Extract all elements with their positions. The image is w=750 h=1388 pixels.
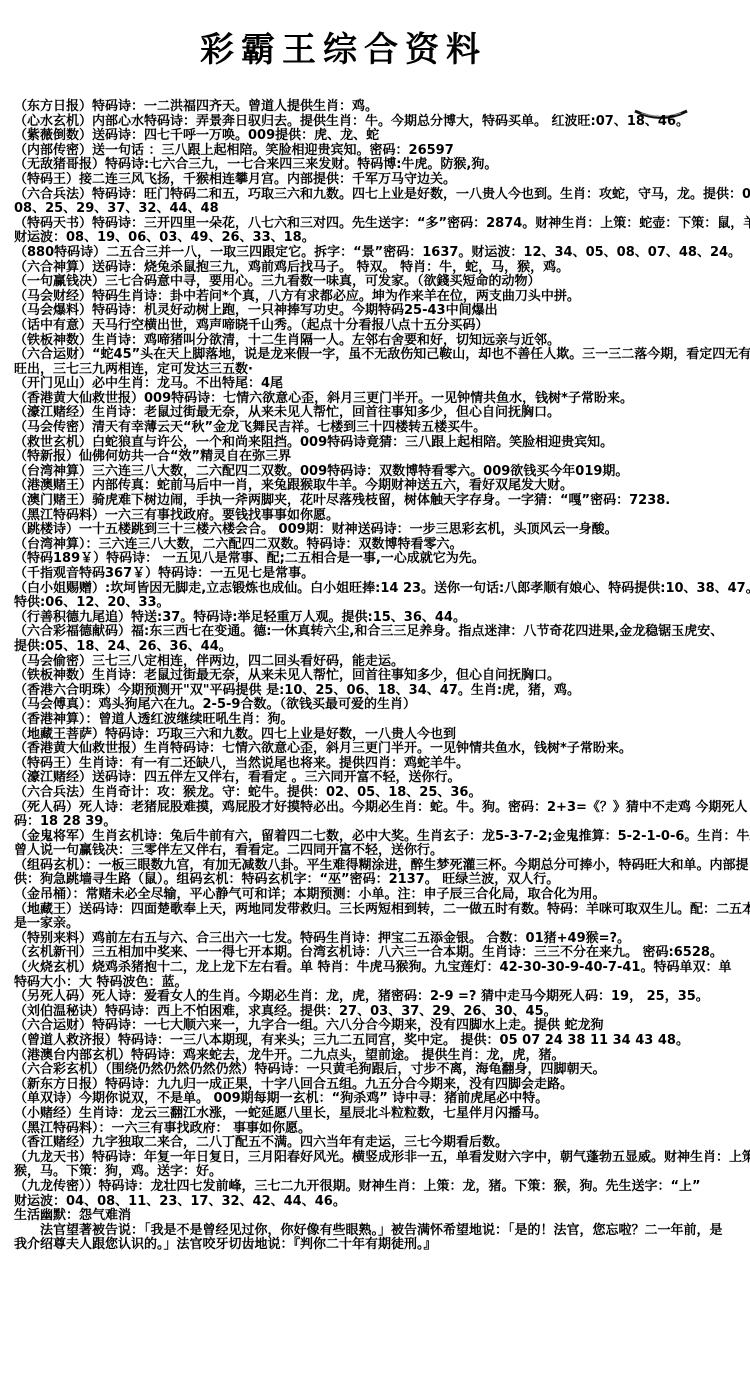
entry-source: （香江赌经） [14, 1135, 92, 1150]
entry: （死人码）死人诗：老猪屁股难摸，鸡屁股才好摸特必出。今期必生肖：蛇。牛。狗。密码… [14, 801, 750, 830]
entry-line: （小赌经）生肖诗：龙云三翻江水涨，一蛇延愿八里长，星辰北斗粒粒数，七星伴月闪播马… [14, 1107, 750, 1122]
entry: （香港黄大仙救世报）生肖特码诗：七情六欲意心歪，斜月三更门半开。一见钟情共鱼水，… [14, 742, 750, 757]
entry-text: （围绕仍然仍然仍然仍然）特码诗：一只黄毛狗跟后，寸步不离，海龟翻身，四脚朝天。 [105, 1062, 606, 1077]
entry-line: （香港黄大仙救世报）生肖特码诗：七情六欲意心歪，斜月三更门半开。一见钟情共鱼水，… [14, 742, 750, 757]
entry: （马会偷密）三七三八定相连，伴两边，四二回头看好码，能走运。 [14, 655, 750, 670]
entry-source: （特码天书） [14, 216, 92, 231]
entry-text: 特码诗：鸡来蛇去，龙牛开。二九点头，望前途。 提供生肖：龙，虎，猪。 [131, 1048, 565, 1063]
entry-source: （跳楼诗） [14, 522, 79, 537]
entry-line: （地藏王菩萨）特码诗：巧取三六和九数。四七上业是好数，一八贵人今也到 [14, 728, 750, 743]
entry: （六合运财）特码诗：一七大顺六来一，九字合一组。六八分合今期来，没有四脚水上走。… [14, 1019, 750, 1034]
entry: （另死人码）死人诗：爱看女人的生肖。今期必生肖：龙，虎，猪密码：2-9 =? 猜… [14, 990, 750, 1005]
entry-text: 清天有幸薄云天“秋”金龙飞舞民吉祥。七楼到三十四楼转五楼买牛。 [92, 420, 486, 435]
entry-source: （另死人码） [14, 989, 92, 1004]
entry-source: （地藏王） [14, 902, 79, 917]
entry-line: （六合运财）特码诗：一七大顺六来一，九字合一组。六八分合今期来，没有四脚水上走。… [14, 1019, 750, 1034]
entry-source: （曾道人救济报） [14, 1033, 118, 1048]
entry-line: （香江赌经）九字独取二来合，二八丁配五不满。四六当年有走运，三七今期看后数。 [14, 1136, 750, 1151]
entry: （六合兵法）生肖奇计：攻：猴龙。守：蛇牛。提供：02、05、18、25、36。 [14, 786, 750, 801]
entry-source: （特码王） [14, 756, 79, 771]
entry-text: 一十五楼跳到三十三楼六楼会合。 009期：财神送码诗：一步三思彩玄机，头顶风云一… [79, 522, 618, 537]
entry-source: （东方日报） [14, 99, 92, 114]
entry-line: （澳门赌王）骑虎难下树边闹，手执一斧两脚夹，花叶尽落残枝留，树体触天字存身。一字… [14, 494, 750, 509]
entry-source: （六合运财） [14, 1018, 92, 1033]
entry-line: （特码王）接二连三风飞扬，千猴相连攀月宫。内部提供：千军万马守边关。 [14, 173, 750, 188]
entry-line-continued: 供：狗急跳墙寻生路（鼠）。组码玄机：特码玄机字：“巫”密码：2137。 旺绿兰波… [14, 873, 750, 888]
entry: （心水玄机）内部心水特码诗：弄景奔日驭归去。提供生肖：牛。今期总分博大，特码买单… [14, 115, 750, 130]
entry-line: （火烧玄机）烧鸡杀猪抱十二，龙上龙下左右看。单 特肖：牛虎马猴狗。九宝莲灯：42… [14, 961, 750, 976]
entry-source: （一句赢钱决） [14, 274, 105, 289]
entry-text: 内部传真：蛇前马后中一肖，来兔跟猴取牛羊。今期财神送五六，看好双尾发大财。 [92, 478, 573, 493]
entry-text: 烧鸡杀猪抱十二，龙上龙下左右看。单 特肖：牛虎马猴狗。九宝莲灯：42-30-30… [92, 960, 731, 975]
entry-source: （濠江赌经） [14, 405, 92, 420]
entry-line: （九龙传密））特码诗：龙壮四七发前峰，三七二九开很期。财神生肖：上策：龙，猪。下… [14, 1180, 750, 1195]
entry-line: （特码189￥）特码诗： 一五见八是常事、配;二五相合是一事,一心成就它为先。 [14, 552, 750, 567]
entry-text: 天马行空横出世，鸡声啼晓千山秀。（起点十分看报八点十五分买码） [92, 318, 489, 333]
entry-source: （880特码诗） [14, 245, 106, 260]
entry-text: 二五合三并一八，一取三四跟定它。拆字：“景”密码：1637。财运波：12、34、… [106, 245, 741, 260]
entry: （千指观音特码367￥）特码诗：一五见七是常事。 [14, 567, 750, 582]
entry-line: （单双诗）今期你说双，不是单。 009期每期一玄机：“狗杀鸡” 诗中寻：猪前虎尾… [14, 1092, 750, 1107]
entry-text: 死人诗：老猪屁股难摸，鸡屁股才好摸特必出。今期必生肖：蛇。牛。狗。密码：2+3=… [79, 800, 747, 815]
entry-line: （港澳赌王）内部传真：蛇前马后中一肖，来兔跟猴取牛羊。今期财神送五六，看好双尾发… [14, 479, 750, 494]
entry-source: （话中有意） [14, 318, 92, 333]
entry-source: （火烧玄机） [14, 960, 92, 975]
entry-line-continued: 猴，马。下策：狗，鸡。送字：好。 [14, 1165, 750, 1180]
entry-text: 特码诗：巧取三六和九数。四七上业是好数，一八贵人今也到 [105, 727, 456, 742]
entry-line: （千指观音特码367￥）特码诗：一五见七是常事。 [14, 567, 750, 582]
entry-line-continued: 码：18 28 39。 [14, 815, 750, 830]
entry-source: （马会传密） [14, 420, 92, 435]
entry-text: ：鸡头狗尾六在九。2-5-9合数。（欲钱买最可爱的生肖） [86, 697, 416, 712]
entry-line: （六合运财）“蛇45”头在天上脚落地，说是龙来假一字，虽不无敌伤知己鞍山，却也不… [14, 348, 750, 363]
entry: （六合彩福德献码）福:东三西七在变通。德:一休真转六尘,和合三三足养身。指点迷津… [14, 625, 750, 654]
entry: （濠江赌经）生肖诗：老鼠过街最无奈，从来未见人帮忙，回首往事知多少，但心自问抚胸… [14, 406, 750, 421]
entry: （马会传密）清天有幸薄云天“秋”金龙飞舞民吉祥。七楼到三十四楼转五楼买牛。 [14, 421, 750, 436]
entry-text: 送码诗：四面楚歌奉上天，两地同发带救归。三长两短相到转，二一做五时有数。特码：羊… [79, 902, 750, 917]
entry-text: “蛇45”头在天上脚落地，说是龙来假一字，虽不无敌伤知己鞍山，却也不善任人欺。三… [92, 347, 750, 362]
entry-line: （马会爆料）特码诗：机灵好动树上跑，一只神捧写功史。今期特码25-43中间爆出 [14, 304, 750, 319]
entry-line: （六合彩福德献码）福:东三西七在变通。德:一休真转六尘,和合三三足养身。指点迷津… [14, 625, 750, 640]
entry-line: （跳楼诗）一十五楼跳到三十三楼六楼会合。 009期：财神送码诗：一步三思彩玄机，… [14, 523, 750, 538]
entry-source: （黑江特码料） [14, 508, 105, 523]
entry-line: （心水玄机）内部心水特码诗：弄景奔日驭归去。提供生肖：牛。今期总分博大，特码买单… [14, 115, 750, 130]
entry-line: （马会傅真）：鸡头狗尾六在九。2-5-9合数。（欲钱买最可爱的生肖） [14, 698, 750, 713]
entry-source: （金吊桶） [14, 887, 73, 902]
entry-source: （六合神算） [14, 260, 92, 275]
entry-source: （铁板神数） [14, 333, 92, 348]
entry-source: （紫薇倒数） [14, 128, 92, 143]
entry-line: （一句赢钱决）三七合码意中寻，要用心。三九看数一味真，可发家。（欲錢买短命的动物… [14, 275, 750, 290]
entry: （马会傅真）：鸡头狗尾六在九。2-5-9合数。（欲钱买最可爱的生肖） [14, 698, 750, 713]
entry-line: （濠江赌经）生肖诗：老鼠过街最无奈，从来未见人帮忙，回首往事知多少，但心自问抚胸… [14, 406, 750, 421]
entry-text: 送一句话 ：三八跟上起相陪。笑脸相迎贵宾知。密码：26597 [92, 143, 454, 158]
entry: （地藏王菩萨）特码诗：巧取三六和九数。四七上业是好数，一八贵人今也到 [14, 728, 750, 743]
entry-line: （无敌猪哥报）特码诗:七六合三九，一七合来四三来发财。特码博:牛虎。防猴,狗。 [14, 158, 750, 173]
entry-source: （马会爆料） [14, 303, 92, 318]
entry-source: （组码玄机） [14, 858, 86, 873]
entry: （跳楼诗）一十五楼跳到三十三楼六楼会合。 009期：财神送码诗：一步三思彩玄机，… [14, 523, 750, 538]
entry-text: 内部心水特码诗：弄景奔日驭归去。提供生肖：牛。今期总分博大，特码买单。 红波旺:… [92, 114, 689, 129]
entry: （澳门赌王）骑虎难下树边闹，手执一斧两脚夹，花叶尽落残枝留，树体触天字存身。一字… [14, 494, 750, 509]
entry-source: （救世玄机） [14, 435, 92, 450]
entry-text: 鸡前左右五与六、合三出六一七发。特码生肖诗：押宝二五添金银。 合数：01猪+49… [92, 931, 630, 946]
entry: （金鬼将军）生肖玄机诗：兔后牛前有六，留着四二七数，必中大奖。生肖玄子：龙5-3… [14, 830, 750, 859]
entry-source: （黑江特码料） [14, 1121, 99, 1136]
entry-text: 特码诗：一二洪福四齐天。曾道人提供生肖：鸡。 [92, 99, 378, 114]
entry-line: （曾道人救济报）特码诗：一三八本期现，有来头；三九二五同宫，奖中定。 提供：05… [14, 1034, 750, 1049]
entry: （六合运财）“蛇45”头在天上脚落地，说是龙来假一字，虽不无敌伤知己鞍山，却也不… [14, 348, 750, 377]
entry-source: （港澳台内部玄机） [14, 1048, 131, 1063]
entry-source: （马会财经） [14, 289, 92, 304]
document-title: 彩霸王综合资料 [200, 22, 487, 71]
entry: （金吊桶）：常赌未必全尽输，平心静气可和详；本期预测：小单。注：申子辰三合化局，… [14, 888, 750, 903]
entry-source: （新东方日报） [14, 1077, 105, 1092]
entry-text: 特码诗：年复一年日复日，三月阳春好风光。横竖成形非一五，单看发财六字中，朝气蓬勃… [92, 1150, 750, 1165]
entry-text: 特码诗：机灵好动树上跑，一只神捧写功史。今期特码25-43中间爆出 [92, 303, 498, 318]
entry-text: 福:东三西七在变通。德:一休真转六尘,和合三三足养身。指点迷津：八节奇花四进果,… [131, 624, 723, 639]
entry-line: （另死人码）死人诗：爱看女人的生肖。今期必生肖：龙，虎，猪密码：2-9 =? 猜… [14, 990, 750, 1005]
entry: （六合兵法）特码诗：旺门特码二和五，巧取三六和九数。四七上业是好数，一八贵人今也… [14, 188, 750, 217]
humor-heading: 生活幽默：怨气难消 [14, 1209, 750, 1224]
entry-text: 一六三有事找政府。要钱找事事如你愿。 [105, 508, 339, 523]
entry-text: 特码诗：三开四里一朵花，八七六和三对四。先生送字：“多”密码：2874。财神生肖… [92, 216, 750, 231]
entry: （单双诗）今期你说双，不是单。 009期每期一玄机：“狗杀鸡” 诗中寻：猪前虎尾… [14, 1092, 750, 1107]
entry-source: （香港六合明珠） [14, 683, 118, 698]
entry-text: 特送:37。特码诗:举足轻重万人观。提供:15、36、44。 [131, 610, 466, 625]
entry: （港澳台内部玄机）特码诗：鸡来蛇去，龙牛开。二九点头，望前途。 提供生肖：龙，虎… [14, 1049, 750, 1064]
entry-text: ：一板三眼数九宫，有加无减数八卦。平生难得糊涂进，醉生梦死灌三杯。今期总分可捧小… [86, 858, 749, 873]
entry-line-continued: 提供:05、18、24、26、36、44。 [14, 640, 750, 655]
entry: （开门见山）必中生肖：龙马。不出特尾：4尾 [14, 377, 750, 392]
entry-text: :坎坷皆因无脚走,立志锻炼也成仙。白小姐旺捧:14 23。送你一句话:八郎孝顺有… [105, 581, 750, 596]
entry-text: ：三六连三八大数，二六配四二双数。特码诗：双数博特看零六。 [86, 537, 463, 552]
entry-text: 特码诗：西上不怕困难，求真经。提供：27、03、37、29、26、30、45。 [105, 1004, 557, 1019]
entry: （特码天书）特码诗：三开四里一朵花，八七六和三对四。先生送字：“多”密码：287… [14, 217, 750, 246]
entry-line: （马会传密）清天有幸薄云天“秋”金龙飞舞民吉祥。七楼到三十四楼转五楼买牛。 [14, 421, 750, 436]
entry-source: （六合兵法） [14, 785, 92, 800]
entry-text: 三七三八定相连，伴两边，四二回头看好码，能走运。 [92, 654, 404, 669]
entry-source: （六合彩玄机） [14, 1062, 105, 1077]
entry-source: （香港神算） [14, 712, 86, 727]
entry-text: 三五相加中奖来、一一得七开本期。台湾玄机诗：八六三一合本期。生肖诗：三三不分在来… [92, 945, 723, 960]
entry: （火烧玄机）烧鸡杀猪抱十二，龙上龙下左右看。单 特肖：牛虎马猴狗。九宝莲灯：42… [14, 961, 750, 990]
entry: （特新报）仙佛何妨共一合“效”精灵自在弥三界 [14, 450, 750, 465]
entry-source: （地藏王菩萨） [14, 727, 105, 742]
entry-text: 特码诗：一五见七是常事。 [158, 566, 314, 581]
entry-text: 九字独取二来合，二八丁配五不满。四六当年有走运，三七今期看后数。 [92, 1135, 508, 1150]
entry-line-continued: 曾人说一句赢钱决：三零伴左又伴右，看看定。二四同开富不轻，送你行。 [14, 844, 750, 859]
entry-text: 生肖特码诗：七情六欲意心歪，斜月三更门半开。一见钟情共鱼水，钱树*子常盼来。 [144, 741, 632, 756]
entry-line: （六合兵法）生肖奇计：攻：猴龙。守：蛇牛。提供：02、05、18、25、36。 [14, 786, 750, 801]
entry-text: ：曾道人透红波继续旺吼生肖：狗。 [86, 712, 294, 727]
entry-text: 死人诗：爱看女人的生肖。今期必生肖：龙，虎，猪密码：2-9 =? 猜中走马今期死… [92, 989, 709, 1004]
entry-line: （东方日报）特码诗：一二洪福四齐天。曾道人提供生肖：鸡。 [14, 100, 750, 115]
entry-text: 特码诗：九九归一成正果，十字八回合五组。九五分合今期来，没有四脚会走路。 [105, 1077, 573, 1092]
entry: （880特码诗）二五合三并一八，一取三四跟定它。拆字：“景”密码：1637。财运… [14, 246, 750, 261]
entry-text: 生肖玄机诗：兔后牛前有六，留着四二七数，必中大奖。生肖玄子：龙5-3-7-2;金… [92, 829, 750, 844]
entry-source: （死人码） [14, 800, 79, 815]
entry-line: （六合神算）送码诗：烧兔杀鼠抱三九，鸡前鸡后找马子。 特双。 特肖：牛，蛇，马，… [14, 261, 750, 276]
entry-line: （金吊桶）：常赌未必全尽输，平心静气可和详；本期预测：小单。注：申子辰三合化局，… [14, 888, 750, 903]
entry-text: 今期预测开"双"平码提供 是:10、25、06、18、34、47。生肖:虎，猪，… [118, 683, 580, 698]
entry: （无敌猪哥报）特码诗:七六合三九，一七合来四三来发财。特码博:牛虎。防猴,狗。 [14, 158, 750, 173]
entry: （六合彩玄机）（围绕仍然仍然仍然仍然）特码诗：一只黄毛狗跟后，寸步不离，海龟翻身… [14, 1063, 750, 1078]
entry-source: （香港黄大仙救世报） [14, 391, 144, 406]
entry-source: （特新报） [14, 449, 79, 464]
entry-source: （金鬼将军） [14, 829, 92, 844]
entry: （六合神算）送码诗：烧兔杀鼠抱三九，鸡前鸡后找马子。 特双。 特肖：牛，蛇，马，… [14, 261, 750, 276]
entry: （濠江赌经）送码诗：四五伴左又伴右，看看定 。三六同开富不轻，送你行。 [14, 771, 750, 786]
entry-text: 今期你说双，不是单。 009期每期一玄机：“狗杀鸡” 诗中寻：猪前虎尾必中特。 [79, 1091, 548, 1106]
entry-source: （香港黄大仙救世报） [14, 741, 144, 756]
entry-text: 特码诗:七六合三九，一七合来四三来发财。特码博:牛虎。防猴,狗。 [105, 157, 497, 172]
entry: （紫薇倒数）送码诗：四七千呼一万唤。009提供：虎、龙、蛇 [14, 129, 750, 144]
entry-line: （话中有意）天马行空横出世，鸡声啼晓千山秀。（起点十分看报八点十五分买码） [14, 319, 750, 334]
entry-source: （特码王） [14, 172, 79, 187]
entry-text: 特码诗：一三八本期现，有来头；三九二五同宫，奖中定。 提供：05 07 24 3… [118, 1033, 689, 1048]
entry-text: 特码诗：龙壮四七发前峰，三七二九开很期。财神生肖：上策：龙，猪。下策：猴，狗。先… [99, 1179, 701, 1194]
entry-line: （六合兵法）特码诗：旺门特码二和五，巧取三六和九数。四七上业是好数，一八贵人今也… [14, 188, 750, 203]
entry-source: （港澳赌王） [14, 478, 92, 493]
entry: （地藏王）送码诗：四面楚歌奉上天，两地同发带救归。三长两短相到转，二一做五时有数… [14, 903, 750, 932]
entry-source: （特码189￥） [14, 551, 106, 566]
entry: （曾道人救济报）特码诗：一三八本期现，有来头；三九二五同宫，奖中定。 提供：05… [14, 1034, 750, 1049]
entry-text: 三七合码意中寻，要用心。三九看数一味真，可发家。（欲錢买短命的动物） [105, 274, 541, 289]
entry-source: （行善积德九尾追） [14, 610, 131, 625]
entry-line: （紫薇倒数）送码诗：四七千呼一万唤。009提供：虎、龙、蛇 [14, 129, 750, 144]
entry-source: （澳门赌王） [14, 493, 92, 508]
entry-source: （小赌经） [14, 1106, 79, 1121]
entry-source: （无敌猪哥报） [14, 157, 105, 172]
entry: （特码189￥）特码诗： 一五见八是常事、配;二五相合是一事,一心成就它为先。 [14, 552, 750, 567]
entry-line-continued: 是一家亲。 [14, 917, 750, 932]
entry-source: （单双诗） [14, 1091, 79, 1106]
entry: （九龙天书）特码诗：年复一年日复日，三月阳春好风光。横竖成形非一五，单看发财六字… [14, 1151, 750, 1180]
humor-section: 生活幽默：怨气难消 法官望著被告说：「我是不是曾经见过你，你好像有些眼熟。」被告… [14, 1209, 750, 1253]
entry-text: 接二连三风飞扬，千猴相连攀月宫。内部提供：千军万马守边关。 [79, 172, 456, 187]
entry-source: （台湾神算） [14, 464, 92, 479]
entry: （马会爆料）特码诗：机灵好动树上跑，一只神捧写功史。今期特码25-43中间爆出 [14, 304, 750, 319]
humor-paragraph-line: 我介绍尊夫人跟您认识的。」法官咬牙切齿地说：『判你二十年有期徒刑。』 [14, 1238, 750, 1253]
entry-line-continued: 财运波：04、08、11、23、17、32、42、44、46。 [14, 1195, 750, 1210]
entry-source: （六合兵法） [14, 187, 92, 202]
entry-text: 特码诗： 一五见八是常事、配;二五相合是一事,一心成就它为先。 [106, 551, 485, 566]
entry-source: （千指观音特码367￥） [14, 566, 158, 581]
entry: （话中有意）天马行空横出世，鸡声啼晓千山秀。（起点十分看报八点十五分买码） [14, 319, 750, 334]
entry-line-continued: 特供:06、12、20、33。 [14, 596, 750, 611]
entry-source: （玄机新刊） [14, 945, 92, 960]
entry-text: 生肖诗：老鼠过街最无奈，从来未见人帮忙，回首往事知多少，但心自问抚胸口。 [92, 405, 560, 420]
entry-text: 生肖诗：有一有二还缺八，当然说尾也将来。提供四肖：鸡蛇羊牛。 [79, 756, 469, 771]
entry-source: （九龙天书） [14, 1150, 92, 1165]
entry-text: 送码诗：烧兔杀鼠抱三九，鸡前鸡后找马子。 特双。 特肖：牛，蛇，马，猴，鸡。 [92, 260, 569, 275]
entry: （一句赢钱决）三七合码意中寻，要用心。三九看数一味真，可发家。（欲錢买短命的动物… [14, 275, 750, 290]
entry-text: 送码诗：四五伴左又伴右，看看定 。三六同开富不轻，送你行。 [92, 770, 461, 785]
entry-source: （九龙传密）） [14, 1179, 99, 1194]
entry-text: 必中生肖：龙马。不出特尾：4尾 [92, 376, 283, 391]
entry-line: （玄机新刊）三五相加中奖来、一一得七开本期。台湾玄机诗：八六三一合本期。生肖诗：… [14, 946, 750, 961]
entry-text: ：常赌未必全尽输，平心静气可和详；本期预测：小单。注：申子辰三合化局，取合化为用… [73, 887, 606, 902]
entry-line: （六合彩玄机）（围绕仍然仍然仍然仍然）特码诗：一只黄毛狗跟后，寸步不离，海龟翻身… [14, 1063, 750, 1078]
entry-source: （开门见山） [14, 376, 92, 391]
entry: （特码王）接二连三风飞扬，千猴相连攀月宫。内部提供：千军万马守边关。 [14, 173, 750, 188]
entry-source: （铁板神数） [14, 668, 92, 683]
entry-source: （内部传密） [14, 143, 92, 158]
entry-source: （刘伯温秘诀） [14, 1004, 105, 1019]
entry-source: （濠江赌经） [14, 770, 92, 785]
entry-source: （白小姐赐赠） [14, 581, 105, 596]
entry: （九龙传密））特码诗：龙壮四七发前峰，三七二九开很期。财神生肖：上策：龙，猪。下… [14, 1180, 750, 1209]
entry-line: （880特码诗）二五合三并一八，一取三四跟定它。拆字：“景”密码：1637。财运… [14, 246, 750, 261]
entry-text: 特码诗：旺门特码二和五，巧取三六和九数。四七上业是好数，一八贵人今也到。生肖：攻… [92, 187, 750, 202]
entry-line: （开门见山）必中生肖：龙马。不出特尾：4尾 [14, 377, 750, 392]
entry-source: （台湾神算） [14, 537, 86, 552]
entry-line: （地藏王）送码诗：四面楚歌奉上天，两地同发带救归。三长两短相到转，二一做五时有数… [14, 903, 750, 918]
entry-line: （濠江赌经）送码诗：四五伴左又伴右，看看定 。三六同开富不轻，送你行。 [14, 771, 750, 786]
entry-line: （黑江特码料）：一六三有事找政府： 事事如你愿。 [14, 1122, 750, 1137]
entry: （白小姐赐赠）:坎坷皆因无脚走,立志锻炼也成仙。白小姐旺捧:14 23。送你一句… [14, 582, 750, 611]
entry: （铁板神数）生肖诗：鸡啼猪叫分欲清，十二生肖隔一人。左邻右舍要和好，切知远亲与近… [14, 334, 750, 349]
entry-text: 生肖奇计：攻：猴龙。守：蛇牛。提供：02、05、18、25、36。 [92, 785, 481, 800]
entry-line-continued: 财运波：08、19、06、03、49、26、33、18。 [14, 231, 750, 246]
entry-line: （死人码）死人诗：老猪屁股难摸，鸡屁股才好摸特必出。今期必生肖：蛇。牛。狗。密码… [14, 801, 750, 816]
entry-line: （白小姐赐赠）:坎坷皆因无脚走,立志锻炼也成仙。白小姐旺捧:14 23。送你一句… [14, 582, 750, 597]
entry: （港澳赌王）内部传真：蛇前马后中一肖，来兔跟猴取牛羊。今期财神送五六，看好双尾发… [14, 479, 750, 494]
entry: （玄机新刊）三五相加中奖来、一一得七开本期。台湾玄机诗：八六三一合本期。生肖诗：… [14, 946, 750, 961]
entry: （铁板神数）生肖诗：老鼠过街最无奈，从来未见人帮忙，回首往事知多少，但心自问抚胸… [14, 669, 750, 684]
entry-text: 白蛇狼直与许公，一个和尚来阻挡。009特码诗竟猜：三八跟上起相陪。笑脸相迎贵宾知… [92, 435, 613, 450]
document-body: （东方日报）特码诗：一二洪福四齐天。曾道人提供生肖：鸡。 （心水玄机）内部心水特… [14, 100, 750, 1253]
entry: （组码玄机）：一板三眼数九宫，有加无减数八卦。平生难得糊涂进，醉生梦死灌三杯。今… [14, 859, 750, 888]
entry-line: （马会偷密）三七三八定相连，伴两边，四二回头看好码，能走运。 [14, 655, 750, 670]
entry: （小赌经）生肖诗：龙云三翻江水涨，一蛇延愿八里长，星辰北斗粒粒数，七星伴月闪播马… [14, 1107, 750, 1122]
entry-line: （特新报）仙佛何妨共一合“效”精灵自在弥三界 [14, 450, 750, 465]
entry-text: 仙佛何妨共一合“效”精灵自在弥三界 [79, 449, 291, 464]
entry-text: 生肖诗：龙云三翻江水涨，一蛇延愿八里长，星辰北斗粒粒数，七星伴月闪播马。 [79, 1106, 547, 1121]
entry-text: 特码诗：一七大顺六来一，九字合一组。六八分合今期来，没有四脚水上走。提供 蛇龙狗 [92, 1018, 604, 1033]
entry-source: （六合彩福德献码） [14, 624, 131, 639]
entry-source: （马会偷密） [14, 654, 92, 669]
entry-line: （港澳台内部玄机）特码诗：鸡来蛇去，龙牛开。二九点头，望前途。 提供生肖：龙，虎… [14, 1049, 750, 1064]
entry: （香江赌经）九字独取二来合，二八丁配五不满。四六当年有走运，三七今期看后数。 [14, 1136, 750, 1151]
entry-text: 骑虎难下树边闹，手执一斧两脚夹，花叶尽落残枝留，树体触天字存身。一字猜：“嘎”密… [92, 493, 670, 508]
entry-source: （六合运财） [14, 347, 92, 362]
entry-text: ：一六三有事找政府： 事事如你愿。 [99, 1121, 312, 1136]
entry-text: 生肖诗：老鼠过街最无奈，从来未见人帮忙，回首往事知多少，但心自问抚胸口。 [92, 668, 560, 683]
entry-text: 生肖诗：鸡啼猪叫分欲清，十二生肖隔一人。左邻右舍要和好，切知远亲与近邻。 [92, 333, 560, 348]
entry-source: （心水玄机） [14, 114, 92, 129]
entry-text: 009特码诗：七情六欲意心歪，斜月三更门半开。一见钟情共鱼水，钱树*子常盼来。 [144, 391, 633, 406]
entry-text: 送码诗：四七千呼一万唤。009提供：虎、龙、蛇 [92, 128, 379, 143]
entry-text: 特码生肖诗：卦中若问*个真，八方有求都必应。坤为作来羊在位，两支曲刀头中拼。 [92, 289, 580, 304]
entry-text: 三六连三八大数，二六配四二双数。009特码诗：双数博特看零六。009欲钱买今年0… [92, 464, 628, 479]
entry-line: （铁板神数）生肖诗：老鼠过街最无奈，从来未见人帮忙，回首往事知多少，但心自问抚胸… [14, 669, 750, 684]
entry: （香港神算）：曾道人透红波继续旺吼生肖：狗。 [14, 713, 750, 728]
entry-line: （铁板神数）生肖诗：鸡啼猪叫分欲清，十二生肖隔一人。左邻右舍要和好，切知远亲与近… [14, 334, 750, 349]
entry: （东方日报）特码诗：一二洪福四齐天。曾道人提供生肖：鸡。 [14, 100, 750, 115]
entry-source: （马会傅真） [14, 697, 86, 712]
entry-line-continued: 08、25、29、37、32、44、48 [14, 202, 750, 217]
entry-line: （香港神算）：曾道人透红波继续旺吼生肖：狗。 [14, 713, 750, 728]
entry: （黑江特码料）：一六三有事找政府： 事事如你愿。 [14, 1122, 750, 1137]
entry-source: （特别来料） [14, 931, 92, 946]
